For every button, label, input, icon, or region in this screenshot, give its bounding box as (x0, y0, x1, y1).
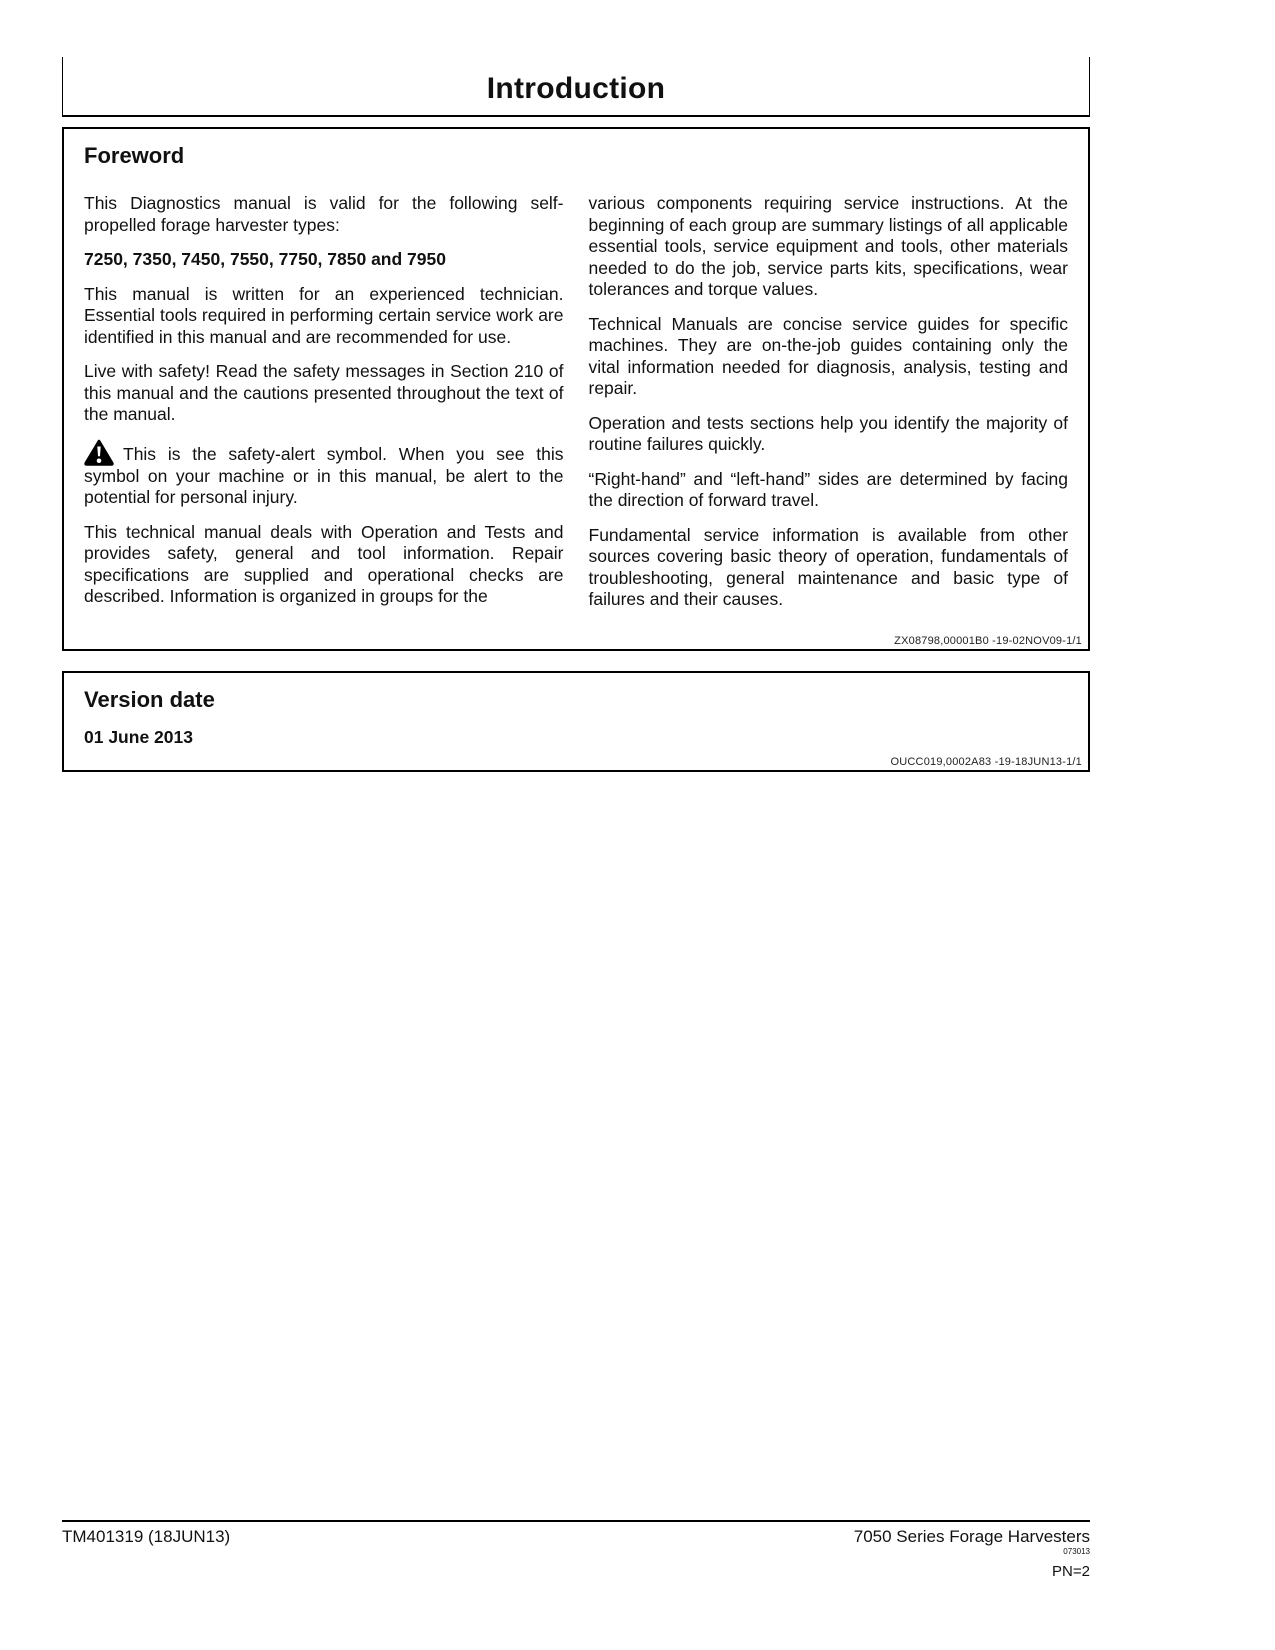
paragraph-components: various components requiring service ins… (589, 193, 1069, 301)
foreword-heading: Foreword (84, 143, 1068, 169)
paragraph-intro: This Diagnostics manual is valid for the… (84, 193, 564, 236)
foreword-reference-code: ZX08798,00001B0 -19-02NOV09-1/1 (894, 635, 1082, 647)
footer-print-code: 073013 (854, 1547, 1090, 1557)
page-header: Introduction (62, 57, 1090, 117)
paragraph-safety-symbol: This is the safety-alert symbol. When yo… (84, 439, 564, 509)
safety-alert-icon (84, 439, 114, 466)
paragraph-live-safety: Live with safety! Read the safety messag… (84, 361, 564, 426)
paragraph-sides: “Right-hand” and “left-hand” sides are d… (589, 469, 1069, 512)
paragraph-manuals: Technical Manuals are concise service gu… (589, 314, 1069, 400)
footer-series-title: 7050 Series Forage Harvesters (854, 1527, 1090, 1547)
paragraph-technical: This technical manual deals with Operati… (84, 522, 564, 608)
footer-manual-id: TM401319 (18JUN13) (62, 1527, 230, 1547)
footer-divider (62, 1520, 1090, 1522)
paragraph-operation: Operation and tests sections help you id… (589, 413, 1069, 456)
page-title: Introduction (487, 74, 666, 115)
footer-right-block: 7050 Series Forage Harvesters 073013 PN=… (854, 1527, 1090, 1580)
foreword-left-column: This Diagnostics manual is valid for the… (84, 193, 564, 624)
paragraph-technician: This manual is written for an experience… (84, 284, 564, 349)
version-date-value: 01 June 2013 (84, 727, 1068, 748)
version-date-heading: Version date (84, 687, 1068, 713)
paragraph-models: 7250, 7350, 7450, 7550, 7750, 7850 and 7… (84, 249, 564, 271)
version-date-section: Version date 01 June 2013 OUCC019,0002A8… (62, 671, 1090, 772)
foreword-right-column: various components requiring service ins… (589, 193, 1069, 624)
foreword-columns: This Diagnostics manual is valid for the… (84, 193, 1068, 624)
paragraph-safety-symbol-text: This is the safety-alert symbol. When yo… (84, 444, 564, 508)
foreword-section: Foreword This Diagnostics manual is vali… (62, 127, 1090, 651)
version-reference-code: OUCC019,0002A83 -19-18JUN13-1/1 (891, 756, 1082, 768)
footer-page-number: PN=2 (854, 1563, 1090, 1580)
paragraph-fundamental: Fundamental service information is avail… (589, 525, 1069, 611)
